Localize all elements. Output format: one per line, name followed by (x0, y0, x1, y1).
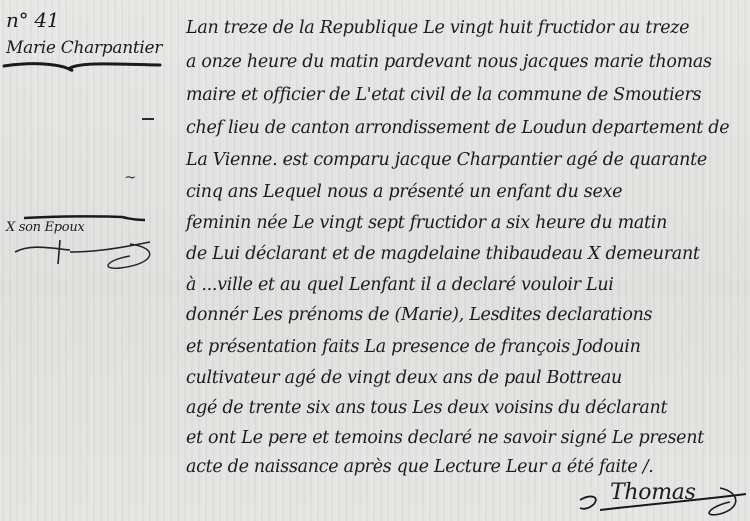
body-line-11: et présentation faits La presence de fra… (186, 337, 641, 357)
body-line-8: de Lui déclarant et de magdelaine thibau… (186, 244, 700, 264)
underline-flourish-icon (2, 58, 162, 74)
margin-name: Marie Charpantier (6, 38, 162, 58)
body-line-14: et ont Le pere et temoins declaré ne sav… (186, 428, 704, 448)
margin-mark: ∼ (124, 168, 136, 186)
margin-dash (142, 118, 154, 120)
body-line-4: chef lieu de canton arrondissement de Lo… (186, 118, 729, 138)
signature-flourish-icon (10, 238, 160, 274)
body-line-2: a onze heure du matin pardevant nous jac… (186, 52, 712, 72)
body-line-6: cinq ans Lequel nous a présenté un enfan… (186, 182, 622, 202)
margin-signature: X son Epoux (6, 220, 84, 235)
body-line-12: cultivateur agé de vingt deux ans de pau… (186, 368, 622, 388)
body-line-7: feminin née Le vingt sept fructidor a si… (186, 213, 667, 233)
document-page: n° 41 Marie Charpantier ∼ X son Epoux La… (0, 0, 750, 521)
body-line-10: donnér Les prénoms de (Marie), Lesdites … (186, 305, 652, 325)
entry-number: n° 41 (6, 8, 59, 32)
body-line-13: agé de trente six ans tous Les deux vois… (186, 398, 667, 418)
body-line-9: à ...ville et au quel Lenfant il a decla… (186, 275, 614, 295)
body-line-1: Lan treze de la Republique Le vingt huit… (186, 18, 689, 38)
body-line-3: maire et officier de L'etat civil de la … (186, 85, 701, 105)
officer-signature: Thomas (610, 480, 696, 505)
body-line-5: La Vienne. est comparu jacque Charpantie… (186, 150, 707, 170)
